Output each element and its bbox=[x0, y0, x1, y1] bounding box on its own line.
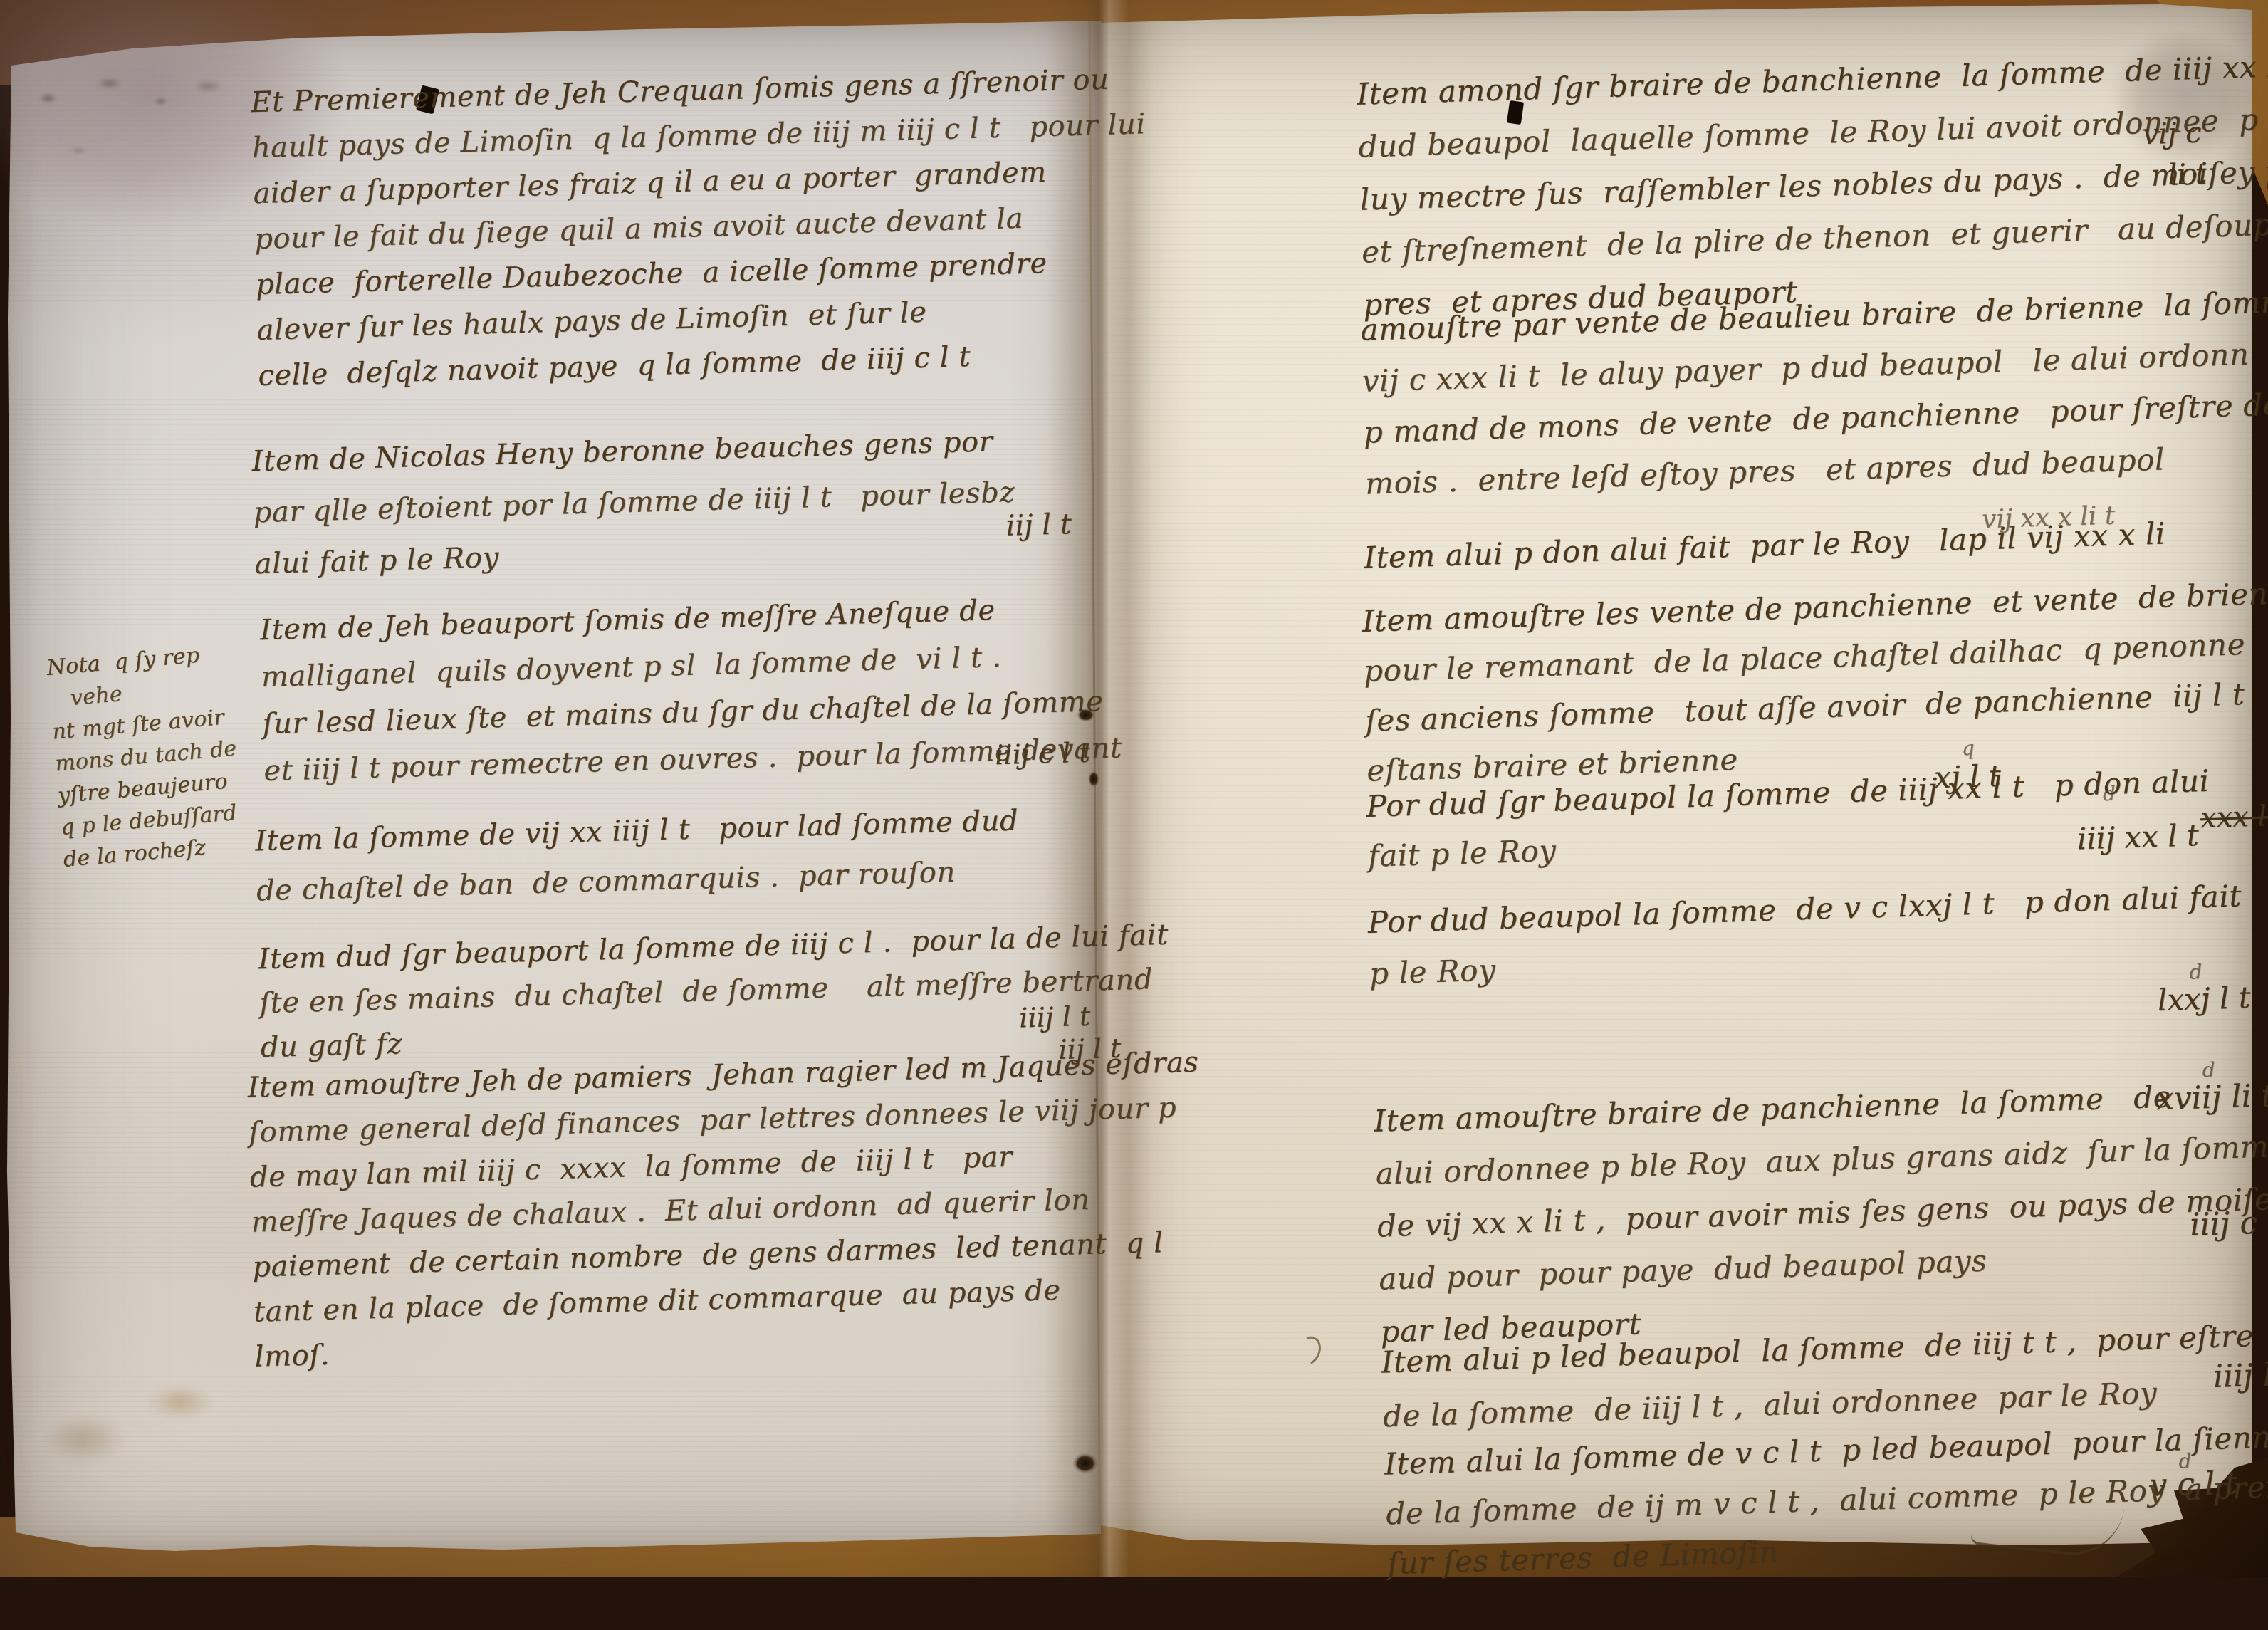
sewing-hole bbox=[1088, 770, 1099, 788]
sewing-hole bbox=[1077, 708, 1095, 722]
manuscript-photo: Nota q ſy rep vehent mgt ſte avoirmons d… bbox=[0, 0, 2268, 1577]
right-page bbox=[1101, 3, 2252, 1550]
sewing-hole bbox=[1072, 1453, 1098, 1474]
left-page bbox=[4, 19, 1101, 1557]
